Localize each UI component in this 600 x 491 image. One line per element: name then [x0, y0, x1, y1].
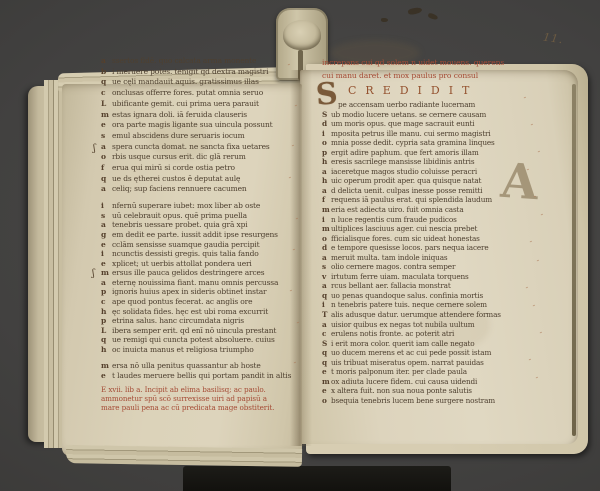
manuscript-line: cape quod pontus fecerat. ac anglis ore: [101, 297, 297, 307]
line-initial: h: [101, 307, 112, 317]
line-text: ultiplices lasciuus ager. cui nescia pre…: [331, 224, 477, 233]
line-text: erulens notis fronte. ac poterit atri: [331, 329, 454, 338]
line-initial: s: [101, 131, 112, 142]
line-initial: h: [101, 345, 112, 355]
line-text: onclusas offerre fores. putat omnia seru…: [112, 88, 263, 97]
right-board-edge: [572, 84, 576, 436]
line-initial: e: [101, 259, 112, 269]
line-text: uis tribuat miseratus opem. narrat pauid…: [331, 358, 484, 367]
line-initial: s: [101, 211, 112, 221]
line-text: eternę nouissima fiant. manu omnis percu…: [112, 278, 278, 287]
quill-tick-mark: ’: [292, 320, 300, 329]
folio-number: 11.: [542, 31, 564, 47]
line-initial: m: [101, 361, 112, 372]
quill-tick-mark: ’: [535, 330, 543, 339]
line-initial: a: [322, 281, 331, 291]
rubric-line: E xvii. lib a. Incipit ab elima basilisq…: [101, 385, 297, 394]
left-verse-block-2: infernū superare iubet: mox liber ab ost…: [101, 201, 297, 355]
line-text: ergit adire paphum. que fert amoris illa…: [331, 148, 479, 157]
manuscript-line: virtutum ferre uiam. maculata torquens: [322, 272, 554, 282]
manuscript-line: hęc solidata fides. hęc est ubi roma exc…: [101, 307, 297, 317]
line-text: etrina salus. hanc circumdata nigris: [112, 316, 244, 325]
manuscript-line: quis tribuat miseratus opem. narrat paui…: [322, 358, 554, 368]
line-initial: e: [322, 386, 331, 396]
line-initial: m: [322, 224, 331, 234]
line-text: uic operum prodit aper. qua quisque nata…: [331, 176, 481, 185]
line-initial: p: [101, 316, 112, 326]
line-text: ue remigi qui cuncta potest absoluere. c…: [112, 335, 275, 344]
manuscript-line: ameruit multa. tam indole iniquas: [322, 253, 554, 263]
line-initial: o: [322, 138, 331, 148]
manuscript-line: cerulens notis fronte. ac poterit atri: [322, 329, 554, 339]
line-initial: e: [101, 371, 112, 382]
line-initial: c: [322, 329, 331, 339]
line-initial: i: [101, 249, 112, 259]
line-initial: L: [101, 99, 112, 110]
line-text: ncunctis dessisti gregis. quis talia fan…: [112, 249, 259, 258]
line-initial: i: [322, 129, 331, 139]
line-initial: o: [101, 152, 112, 163]
line-initial: d: [322, 119, 331, 129]
line-text: tenebris uessare probet. quia grā xpi: [112, 220, 248, 229]
line-text: erua qui mirū si corde ostia petro: [112, 163, 235, 172]
line-initial: a: [101, 220, 112, 230]
manuscript-line: ecclām sensisse suamque gaudia percipit: [101, 240, 297, 250]
manuscript-line: arcus bellant aer. fallacia monstrat: [322, 281, 554, 291]
line-initial: b: [101, 67, 112, 78]
manuscript-line: quo penas quandoque salus. confinia mort…: [322, 291, 554, 301]
line-text: ox adiuta lucere fidem. cui causa uidend…: [331, 377, 477, 386]
line-text: bsequia tenebris lucem bene surgere nost…: [331, 396, 495, 405]
manuscript-line: explicet; ut uerbis attollat pondera uer…: [101, 259, 297, 269]
quill-tick-mark: ’: [529, 194, 537, 203]
quill-tick-mark: ’: [288, 247, 296, 256]
line-initial: m: [322, 205, 331, 215]
line-text: pe accensam uerbo radiante lucernam: [338, 100, 475, 109]
manuscript-line: bi meruere potes. tenigit qd dextra magi…: [101, 67, 297, 78]
line-text: n tenebris patere tuis. neque cernere so…: [331, 300, 487, 309]
line-text: olio cernere magos. contra semper: [331, 262, 455, 271]
line-initial: a: [322, 253, 331, 263]
line-initial: q: [322, 358, 331, 368]
quill-tick-mark: ’: [290, 103, 298, 112]
manuscript-line: mestas ignara doli. iā feruida clauseris: [101, 110, 297, 121]
line-text: i meruere potes. tenigit qd dextra magis…: [112, 67, 268, 76]
manuscript-line: aspera cuncta domat. ne sancta fixa ueta…: [101, 142, 297, 153]
line-text: emul abscidens dure seruaris iocum: [112, 131, 245, 140]
line-initial: m: [101, 268, 112, 278]
line-text: ora parte magis ligante sua uincula poss…: [112, 120, 273, 129]
line-text: irtutum ferre uiam. maculata torquens: [331, 272, 469, 281]
line-initial: i: [322, 215, 331, 225]
line-text: spera cuncta domat. ne sancta fixa uetar…: [112, 142, 270, 151]
line-text: t laudes meruere bellis qui portam pandi…: [112, 371, 291, 380]
quill-tick-mark: ’: [284, 175, 292, 184]
line-initial: d: [322, 243, 331, 253]
manuscript-line: Talis adusque datur. uerumque attendere …: [322, 310, 554, 320]
manuscript-line: ferua qui mirū si corde ostia petro: [101, 163, 297, 174]
left-margin-ticks: ’’’’’’’’’: [286, 62, 300, 392]
manuscript-line: Si erit mora color. querit iam calle neg…: [322, 339, 554, 349]
rubric-line: ammonetur spū scō surrexisse uiri ad pap…: [101, 394, 297, 403]
line-initial: a: [101, 278, 112, 288]
line-initial: q: [322, 348, 331, 358]
left-rubric: E xvii. lib a. Incipit ab elima basilisq…: [101, 385, 297, 413]
left-verse-block-3: mersa nō ulla penitus quassantur ab host…: [101, 361, 297, 382]
line-initial: q: [101, 77, 112, 88]
line-text: ssertos fidē. quo calcata arma monente: [112, 56, 256, 65]
line-text: e tempore quesisse locos. pars nequa iac…: [331, 243, 489, 252]
line-text: estas ignara doli. iā feruida clauseris: [112, 110, 247, 119]
manuscript-line: et moris palponum iter. per clade paula: [322, 367, 554, 377]
line-text: ersus ille pauca gelidos destringere arc…: [112, 268, 265, 277]
line-text: rcus bellant aer. fallacia monstrat: [331, 281, 451, 290]
line-initial: a: [322, 167, 331, 177]
line-text: requens iā paulus erat. qui splendida la…: [331, 195, 492, 204]
manuscript-line: multiplices lasciuus ager. cui nescia pr…: [322, 224, 554, 234]
manuscript-line: Lubificante gemit. cui prima uera paraui…: [101, 99, 297, 110]
line-text: eria est adiecta uiro. fuit omnia casta: [331, 205, 464, 214]
line-text: meruit multa. tam indole iniquas: [331, 253, 448, 262]
line-text: d delicta uenit. culpas inesse posse rem…: [331, 186, 483, 195]
manuscript-line: quo ducem merens et ac cui pede possit i…: [322, 348, 554, 358]
line-text: celiq; sup faciens rennuere cacumen: [112, 184, 247, 193]
line-initial: S: [322, 339, 331, 349]
line-text: uisior quibus ex negas tot nubila uultum: [331, 320, 475, 329]
line-initial: v: [322, 272, 331, 282]
right-rubric: increpans cui qd solem n uidet mouens. q…: [322, 57, 554, 82]
line-text: x altera fuit. non sua noua ponte saluti…: [331, 386, 472, 395]
ink-speck: [381, 18, 388, 22]
line-text: ibera semper erit. qd enī nō uincula pre…: [112, 326, 276, 335]
line-text: alis adusque datur. uerumque attendere f…: [331, 310, 501, 319]
line-text: fficialisque fores. cum sic uideat hones…: [331, 234, 480, 243]
quill-tick-mark: ’: [522, 167, 530, 176]
line-text: ub modio lucere uetans. se cernere causa…: [331, 110, 486, 119]
line-initial: T: [322, 310, 331, 320]
manuscript-line: hoc inuicta manus et religiosa triumpho: [101, 345, 297, 355]
manuscript-line: gem dedit ee parte. iussit addit ipse re…: [101, 230, 297, 240]
manuscript-line: de tempore quesisse locos. pars nequa ia…: [322, 243, 554, 253]
manuscript-line: infernū superare iubet: mox liber ab ost…: [101, 201, 297, 211]
manuscript-line: suū celebrauit opus. quē prima puella: [101, 211, 297, 221]
manuscript-line: atenebris uessare probet. quia grā xpi: [101, 220, 297, 230]
manuscript-line: assertos fidē. quo calcata arma monente: [101, 56, 297, 67]
manuscript-line: mersa nō ulla penitus quassantur ab host…: [101, 361, 297, 372]
line-initial: f: [101, 163, 112, 174]
quill-tick-mark: ’: [536, 212, 544, 221]
quill-tick-mark: ’: [289, 360, 297, 369]
line-initial: a: [322, 186, 331, 196]
line-initial: c: [101, 297, 112, 307]
quill-tick-mark: ’: [524, 357, 532, 366]
ink-speck: [408, 7, 423, 16]
quill-tick-mark: ’: [291, 216, 299, 225]
manuscript-line: Libera semper erit. qd enī nō uincula pr…: [101, 326, 297, 336]
manuscript-photo: 11. assertos fidē. quo calcata arma mone…: [0, 0, 600, 491]
ink-speck: [427, 12, 438, 20]
line-text: ubificante gemit. cui prima uera parauit: [112, 99, 259, 108]
manuscript-line: ex altera fuit. non sua noua ponte salut…: [322, 386, 554, 396]
line-initial: a: [101, 56, 112, 67]
line-text: uū celebrauit opus. quē prima puella: [112, 211, 247, 220]
quill-tick-mark: ’: [532, 258, 540, 267]
line-text: xplicet; ut uerbis attollat pondera ueri: [112, 259, 252, 268]
line-text: uo penas quandoque salus. confinia morti…: [331, 291, 483, 300]
manuscript-line: et laudes meruere bellis qui portam pand…: [101, 371, 297, 382]
right-margin-ticks: ’’’’’’’’’’’’’: [522, 95, 548, 395]
line-initial: s: [322, 262, 331, 272]
manuscript-line: Sub modio lucere uetans. se cernere caus…: [322, 110, 554, 120]
line-text: iaceretque magos studio coluisse peracri: [331, 167, 477, 176]
manuscript-line: imposita petrus ille manu. cui sermo mag…: [322, 129, 554, 139]
line-text: em dedit ee parte. iussit addit ipse res…: [112, 230, 278, 239]
line-text: ue cęli mandauit aquis. gratissimus illa…: [112, 77, 259, 86]
line-text: rbis usque cursus erit. dic glā rerum: [112, 152, 246, 161]
line-text: i erit mora color. querit iam calle nega…: [331, 339, 475, 348]
manuscript-line: semul abscidens dure seruaris iocum: [101, 131, 297, 142]
rubric-line: increpans cui qd solem n uidet mouens. q…: [322, 57, 554, 70]
manuscript-line: que ds ętherei custos ē deputat aulę: [101, 174, 297, 185]
line-initial: q: [101, 335, 112, 345]
line-text: eresis sacrilege mansisse libidinis antr…: [331, 157, 474, 166]
headband-knot: [283, 20, 321, 50]
line-initial: m: [322, 377, 331, 387]
line-initial: p: [322, 148, 331, 158]
line-text: uo ducem merens et ac cui pede possit is…: [331, 348, 491, 357]
line-initial: o: [322, 234, 331, 244]
quill-tick-mark: ’: [285, 288, 293, 297]
line-text: mnia posse dedit. cypria sata gramina li…: [331, 138, 495, 147]
line-initial: e: [101, 120, 112, 131]
line-text: ersa nō ulla penitus quassantur ab hoste: [112, 361, 261, 370]
manuscript-line: solio cernere magos. contra semper: [322, 262, 554, 272]
manuscript-line: auisior quibus ex negas tot nubila uultu…: [322, 320, 554, 330]
quill-tick-mark: ’: [521, 285, 529, 294]
line-initial: g: [101, 230, 112, 240]
manuscript-line: incunctis dessisti gregis. quis talia fa…: [101, 249, 297, 259]
line-initial: c: [101, 88, 112, 99]
line-text: ęc solidata fides. hęc est ubi roma excu…: [112, 307, 268, 316]
rubric-line: mare pauli pena ac cū predicata mage obs…: [101, 403, 297, 412]
line-text: nfernū superare iubet: mox liber ab oste: [112, 201, 260, 210]
line-initial: a: [101, 142, 112, 153]
manuscript-line: que remigi qui cuncta potest absoluere. …: [101, 335, 297, 345]
manuscript-line: eora parte magis ligante sua uincula pos…: [101, 120, 297, 131]
manuscript-line: pignoris huius apex in sideris obtinet i…: [101, 287, 297, 297]
quill-tick-mark: ’: [533, 149, 541, 158]
manuscript-line: aeternę nouissima fiant. manu omnis perc…: [101, 278, 297, 288]
line-text: mposita petrus ille manu. cui sermo magi…: [331, 129, 491, 138]
line-initial: q: [322, 291, 331, 301]
marginal-nota-mark: ʃ: [92, 268, 95, 279]
quill-tick-mark: ’: [531, 375, 539, 384]
marginal-nota-mark: ʃ: [93, 143, 96, 154]
line-initial: h: [322, 157, 331, 167]
lower-board-edge: [183, 466, 451, 491]
line-initial: q: [101, 174, 112, 185]
manuscript-line: petrina salus. hanc circumdata nigris: [101, 316, 297, 326]
right-text-column: increpans cui qd solem n uidet mouens. q…: [322, 57, 554, 406]
manuscript-line: officialisque fores. cum sic uideat hone…: [322, 234, 554, 244]
line-initial: f: [322, 195, 331, 205]
manuscript-line: omnia posse dedit. cypria sata gramina l…: [322, 138, 554, 148]
manuscript-line: mersus ille pauca gelidos destringere ar…: [101, 268, 297, 278]
line-initial: a: [101, 184, 112, 195]
line-text: oc inuicta manus et religiosa triumpho: [112, 345, 254, 354]
line-text: t moris palponum iter. per clade paula: [331, 367, 467, 376]
drop-cap-initial: S: [315, 79, 339, 110]
line-initial: i: [322, 300, 331, 310]
manuscript-line: conclusas offerre fores. putat omnia ser…: [101, 88, 297, 99]
line-text: ape quod pontus fecerat. ac anglis ore: [112, 297, 252, 306]
line-initial: e: [322, 367, 331, 377]
manuscript-line: in tenebris patere tuis. neque cernere s…: [322, 300, 554, 310]
line-initial: h: [322, 176, 331, 186]
line-initial: p: [101, 287, 112, 297]
line-initial: e: [101, 240, 112, 250]
line-text: ignoris huius apex in sideris obtinet in…: [112, 287, 266, 296]
line-initial: a: [322, 320, 331, 330]
line-initial: L: [101, 326, 112, 336]
manuscript-line: que cęli mandauit aquis. gratissimus ill…: [101, 77, 297, 88]
manuscript-line: aceliq; sup faciens rennuere cacumen: [101, 184, 297, 195]
left-text-column: assertos fidē. quo calcata arma monente …: [101, 56, 297, 413]
manuscript-line: obsequia tenebris lucem bene surgere nos…: [322, 396, 554, 406]
quill-tick-mark: ’: [287, 143, 295, 152]
bottom-page-edge-stack: [66, 445, 302, 467]
line-text: n luce regentis cum fraude pudicos: [331, 215, 457, 224]
manuscript-line: mox adiuta lucere fidem. cui causa uiden…: [322, 377, 554, 387]
line-initial: i: [101, 201, 112, 211]
rubric-line: cui manu daret. et mox paulus pro consul: [322, 70, 554, 83]
manuscript-line: dum moris opus. que mage sacrauit eunti: [322, 119, 554, 129]
manuscript-line: orbis usque cursus erit. dic glā rerum: [101, 152, 297, 163]
line-text: um moris opus. que mage sacrauit eunti: [331, 119, 474, 128]
quill-tick-mark: ’: [525, 239, 533, 248]
left-verse-block-1: assertos fidē. quo calcata arma monente …: [101, 56, 297, 195]
manuscript-line: in luce regentis cum fraude pudicos: [322, 215, 554, 225]
quill-tick-mark: ’: [528, 303, 536, 312]
line-initial: m: [101, 110, 112, 121]
line-text: cclām sensisse suamque gaudia percipit: [112, 240, 259, 249]
line-initial: o: [322, 396, 331, 406]
quill-tick-mark: ’: [526, 122, 534, 131]
line-text: ue ds ętherei custos ē deputat aulę: [112, 174, 240, 183]
